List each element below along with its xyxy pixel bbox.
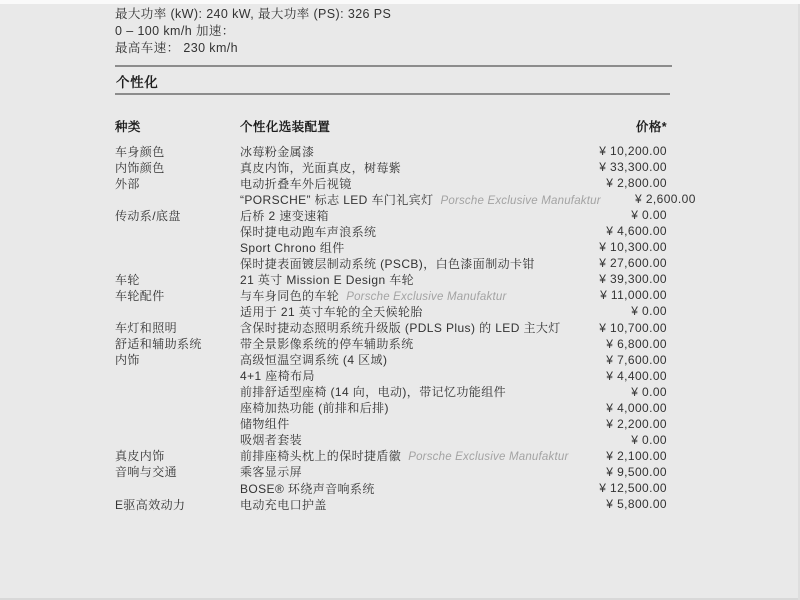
price-cell: ¥ 5,800.00 bbox=[572, 497, 667, 511]
category-cell: 传动系/底盘 bbox=[115, 207, 240, 224]
option-label: BOSE® 环绕声音响系统 bbox=[240, 482, 375, 496]
option-cell: 高级恒温空调系统 (4 区域) bbox=[240, 351, 572, 368]
option-cell: 与车身同色的车轮Porsche Exclusive Manufaktur bbox=[240, 287, 572, 304]
option-cell: 4+1 座椅布局 bbox=[240, 367, 572, 384]
table-row: 真皮内饰 前排座椅头枕上的保时捷盾徽Porsche Exclusive Manu… bbox=[115, 448, 667, 464]
category-cell: 音响与交通 bbox=[115, 463, 240, 480]
price-cell: ¥ 4,400.00 bbox=[572, 369, 667, 383]
option-cell: 吸烟者套装 bbox=[240, 431, 572, 448]
price-cell: ¥ 0.00 bbox=[572, 208, 667, 222]
option-cell: 带全景影像系统的停车辅助系统 bbox=[240, 335, 572, 352]
option-label: 乘客显示屏 bbox=[240, 465, 302, 479]
option-cell: 后桥 2 速变速箱 bbox=[240, 207, 572, 224]
option-label: 后桥 2 速变速箱 bbox=[240, 209, 329, 223]
option-label: 电动折叠车外后视镜 bbox=[240, 177, 352, 191]
column-header-category: 种类 bbox=[115, 117, 240, 135]
price-cell: ¥ 39,300.00 bbox=[572, 272, 667, 286]
option-cell: Sport Chrono 组件 bbox=[240, 239, 572, 256]
category-cell: 外部 bbox=[115, 175, 240, 192]
category-cell: 内饰 bbox=[115, 351, 240, 368]
section-divider-top bbox=[115, 65, 672, 67]
table-row: 适用于 21 英寸车轮的全天候轮胎 ¥ 0.00 bbox=[115, 303, 667, 319]
table-row: 传动系/底盘 后桥 2 速变速箱 ¥ 0.00 bbox=[115, 207, 667, 223]
exclusive-manufaktur-tag: Porsche Exclusive Manufaktur bbox=[440, 195, 600, 207]
option-cell: BOSE® 环绕声音响系统 bbox=[240, 480, 572, 497]
spec-summary: 最大功率 (kW): 240 kW, 最大功率 (PS): 326 PS 0 –… bbox=[115, 6, 391, 57]
option-cell: 21 英寸 Mission E Design 车轮 bbox=[240, 271, 572, 288]
price-cell: ¥ 33,300.00 bbox=[572, 160, 667, 174]
option-cell: “PORSCHE” 标志 LED 车门礼宾灯Porsche Exclusive … bbox=[240, 191, 601, 208]
table-row: 内饰颜色 真皮内饰，光面真皮，树莓紫 ¥ 33,300.00 bbox=[115, 159, 667, 175]
price-cell: ¥ 10,700.00 bbox=[572, 321, 667, 335]
table-row: 4+1 座椅布局 ¥ 4,400.00 bbox=[115, 368, 667, 384]
table-row: 音响与交通 乘客显示屏 ¥ 9,500.00 bbox=[115, 464, 667, 480]
price-cell: ¥ 9,500.00 bbox=[572, 465, 667, 479]
section-divider-bottom bbox=[115, 93, 670, 95]
table-row: 内饰 高级恒温空调系统 (4 区域) ¥ 7,600.00 bbox=[115, 352, 667, 368]
exclusive-manufaktur-tag: Porsche Exclusive Manufaktur bbox=[408, 451, 568, 463]
option-cell: 前排舒适型座椅 (14 向，电动)，带记忆功能组件 bbox=[240, 383, 572, 400]
option-cell: 保时捷表面镀层制动系统 (PSCB)，白色漆面制动卡钳 bbox=[240, 255, 572, 272]
price-cell: ¥ 0.00 bbox=[572, 304, 667, 318]
option-cell: 电动折叠车外后视镜 bbox=[240, 175, 572, 192]
option-label: 高级恒温空调系统 (4 区域) bbox=[240, 353, 387, 367]
option-cell: 前排座椅头枕上的保时捷盾徽Porsche Exclusive Manufaktu… bbox=[240, 447, 572, 464]
section-title: 个性化 bbox=[116, 71, 158, 91]
table-row: 保时捷电动跑车声浪系统 ¥ 4,600.00 bbox=[115, 223, 667, 239]
option-label: 带全景影像系统的停车辅助系统 bbox=[240, 337, 414, 351]
table-row: 车身颜色 冰莓粉金属漆 ¥ 10,200.00 bbox=[115, 143, 667, 159]
option-label: 与车身同色的车轮 bbox=[240, 289, 339, 303]
price-cell: ¥ 2,800.00 bbox=[572, 176, 667, 190]
top-edge-strip bbox=[0, 0, 800, 4]
option-label: 吸烟者套装 bbox=[240, 433, 302, 447]
table-row: 前排舒适型座椅 (14 向，电动)，带记忆功能组件 ¥ 0.00 bbox=[115, 384, 667, 400]
option-label: 冰莓粉金属漆 bbox=[240, 145, 314, 159]
category-cell: 真皮内饰 bbox=[115, 447, 240, 464]
price-cell: ¥ 0.00 bbox=[572, 385, 667, 399]
document-page: 最大功率 (kW): 240 kW, 最大功率 (PS): 326 PS 0 –… bbox=[0, 0, 800, 600]
spec-top-speed: 最高车速： 230 km/h bbox=[115, 40, 391, 57]
table-row: 储物组件 ¥ 2,200.00 bbox=[115, 416, 667, 432]
price-cell: ¥ 10,200.00 bbox=[572, 144, 667, 158]
spec-acceleration: 0 – 100 km/h 加速： bbox=[115, 23, 391, 40]
option-label: 座椅加热功能 (前排和后排) bbox=[240, 401, 389, 415]
table-row: 保时捷表面镀层制动系统 (PSCB)，白色漆面制动卡钳 ¥ 27,600.00 bbox=[115, 255, 667, 271]
option-cell: 适用于 21 英寸车轮的全天候轮胎 bbox=[240, 303, 572, 320]
category-cell: E驱高效动力 bbox=[115, 496, 240, 513]
price-cell: ¥ 2,100.00 bbox=[572, 449, 667, 463]
price-cell: ¥ 2,200.00 bbox=[572, 417, 667, 431]
price-cell: ¥ 10,300.00 bbox=[572, 240, 667, 254]
option-label: 保时捷表面镀层制动系统 (PSCB)，白色漆面制动卡钳 bbox=[240, 257, 535, 271]
price-cell: ¥ 4,600.00 bbox=[572, 224, 667, 238]
category-cell: 车灯和照明 bbox=[115, 319, 240, 336]
price-cell: ¥ 11,000.00 bbox=[572, 288, 667, 302]
category-cell: 内饰颜色 bbox=[115, 159, 240, 176]
category-cell: 车身颜色 bbox=[115, 143, 240, 160]
option-cell: 保时捷电动跑车声浪系统 bbox=[240, 223, 572, 240]
price-cell: ¥ 12,500.00 bbox=[572, 481, 667, 495]
option-label: 21 英寸 Mission E Design 车轮 bbox=[240, 273, 414, 287]
exclusive-manufaktur-tag: Porsche Exclusive Manufaktur bbox=[346, 291, 506, 303]
table-row: 座椅加热功能 (前排和后排) ¥ 4,000.00 bbox=[115, 400, 667, 416]
option-cell: 储物组件 bbox=[240, 415, 572, 432]
option-label: 储物组件 bbox=[240, 417, 290, 431]
option-cell: 乘客显示屏 bbox=[240, 463, 572, 480]
option-cell: 电动充电口护盖 bbox=[240, 496, 572, 513]
table-row: 舒适和辅助系统 带全景影像系统的停车辅助系统 ¥ 6,800.00 bbox=[115, 336, 667, 352]
option-cell: 含保时捷动态照明系统升级版 (PDLS Plus) 的 LED 主大灯 bbox=[240, 319, 572, 336]
options-table-rows: 车身颜色 冰莓粉金属漆 ¥ 10,200.00 内饰颜色 真皮内饰，光面真皮，树… bbox=[115, 143, 667, 512]
option-label: 前排座椅头枕上的保时捷盾徽 bbox=[240, 449, 401, 463]
table-row: BOSE® 环绕声音响系统 ¥ 12,500.00 bbox=[115, 480, 667, 496]
price-cell: ¥ 2,600.00 bbox=[601, 192, 696, 206]
column-header-price: 价格* bbox=[572, 117, 667, 135]
option-label: 保时捷电动跑车声浪系统 bbox=[240, 225, 376, 239]
option-cell: 冰莓粉金属漆 bbox=[240, 143, 572, 160]
table-row: “PORSCHE” 标志 LED 车门礼宾灯Porsche Exclusive … bbox=[115, 191, 667, 207]
spec-max-power: 最大功率 (kW): 240 kW, 最大功率 (PS): 326 PS bbox=[115, 6, 391, 23]
price-cell: ¥ 0.00 bbox=[572, 433, 667, 447]
category-cell: 舒适和辅助系统 bbox=[115, 335, 240, 352]
table-row: Sport Chrono 组件 ¥ 10,300.00 bbox=[115, 239, 667, 255]
price-cell: ¥ 27,600.00 bbox=[572, 256, 667, 270]
options-table-header: 种类 个性化选装配置 价格* bbox=[115, 117, 667, 135]
table-row: 外部 电动折叠车外后视镜 ¥ 2,800.00 bbox=[115, 175, 667, 191]
option-cell: 真皮内饰，光面真皮，树莓紫 bbox=[240, 159, 572, 176]
option-label: 含保时捷动态照明系统升级版 (PDLS Plus) 的 LED 主大灯 bbox=[240, 321, 561, 335]
option-label: 前排舒适型座椅 (14 向，电动)，带记忆功能组件 bbox=[240, 385, 506, 399]
category-cell: 车轮配件 bbox=[115, 287, 240, 304]
option-cell: 座椅加热功能 (前排和后排) bbox=[240, 399, 572, 416]
table-row: E驱高效动力 电动充电口护盖 ¥ 5,800.00 bbox=[115, 496, 667, 512]
option-label: Sport Chrono 组件 bbox=[240, 241, 345, 255]
table-row: 车轮配件 与车身同色的车轮Porsche Exclusive Manufaktu… bbox=[115, 287, 667, 303]
option-label: 电动充电口护盖 bbox=[240, 498, 327, 512]
price-cell: ¥ 6,800.00 bbox=[572, 337, 667, 351]
option-label: “PORSCHE” 标志 LED 车门礼宾灯 bbox=[240, 193, 433, 207]
price-cell: ¥ 7,600.00 bbox=[572, 353, 667, 367]
table-row: 车灯和照明 含保时捷动态照明系统升级版 (PDLS Plus) 的 LED 主大… bbox=[115, 320, 667, 336]
price-cell: ¥ 4,000.00 bbox=[572, 401, 667, 415]
table-row: 车轮 21 英寸 Mission E Design 车轮 ¥ 39,300.00 bbox=[115, 271, 667, 287]
column-header-option: 个性化选装配置 bbox=[240, 117, 572, 135]
option-label: 4+1 座椅布局 bbox=[240, 369, 315, 383]
category-cell: 车轮 bbox=[115, 271, 240, 288]
table-row: 吸烟者套装 ¥ 0.00 bbox=[115, 432, 667, 448]
option-label: 真皮内饰，光面真皮，树莓紫 bbox=[240, 161, 401, 175]
option-label: 适用于 21 英寸车轮的全天候轮胎 bbox=[240, 305, 423, 319]
